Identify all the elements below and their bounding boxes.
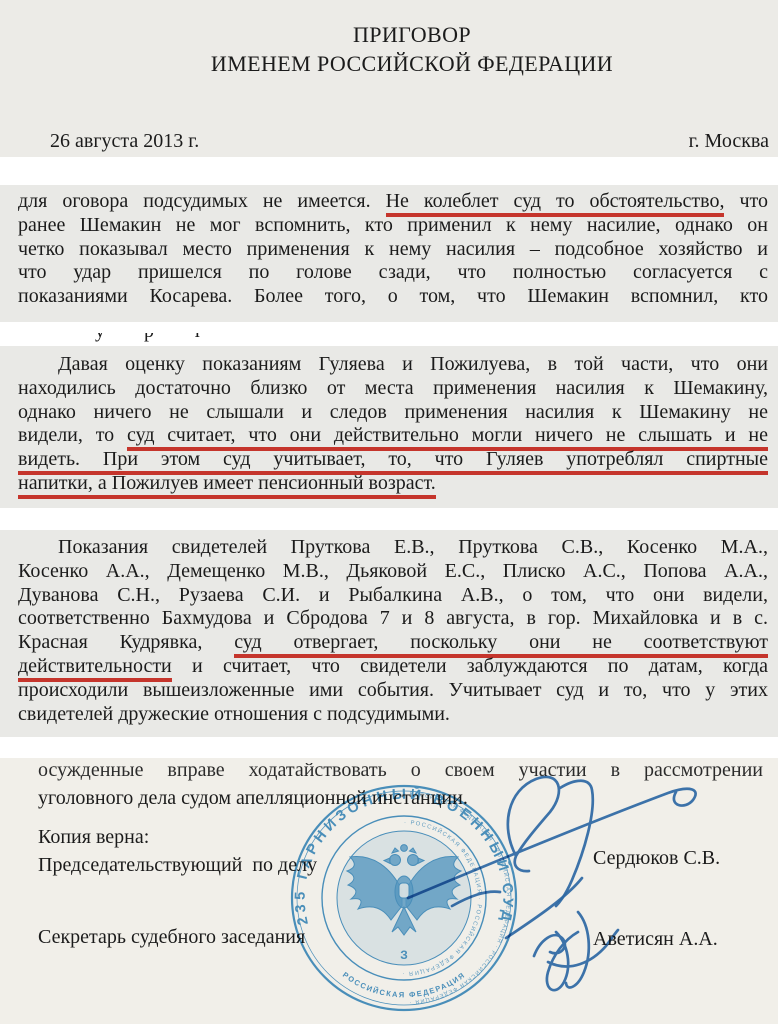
text-line: происходили вышеизложенные ими события. … bbox=[18, 679, 768, 703]
date-row: г. Москва 26 августа 2013 г. bbox=[50, 130, 769, 153]
court-seal: 235 ГАРНИЗОННЫЙ ВОЕННЫЙ СУД РОССИЙСКАЯ Ф… bbox=[286, 780, 522, 1016]
paragraph-strip-1: для оговора подсудимых не имеется. Не ко… bbox=[0, 185, 778, 322]
text-segment: Косенко А.А., Демещенко М.В., Дьяковой Е… bbox=[18, 560, 768, 582]
text-segment: свидетелей дружеские отношения с подсуди… bbox=[18, 703, 450, 725]
text-segment: и считает, что свидетели заблуждаются по… bbox=[172, 655, 768, 677]
text-segment: видели, то bbox=[18, 424, 127, 446]
chairman-label: Председательствующий по делу bbox=[38, 854, 317, 877]
title-line-1: ПРИГОВОР bbox=[46, 20, 778, 49]
date-label: 26 августа 2013 г. bbox=[50, 130, 199, 152]
text-segment: соответственно Бахмудова и Сбродова 7 и … bbox=[18, 607, 768, 629]
text-line: действительности и считает, что свидетел… bbox=[18, 655, 768, 679]
text-segment: Дуванова С.Н., Рузаева С.И. и Рыбалкина … bbox=[18, 584, 768, 606]
document-title: ПРИГОВОР ИМЕНЕМ РОССИЙСКОЙ ФЕДЕРАЦИИ bbox=[46, 20, 778, 78]
paragraph-strip-2: Давая оценку показаниям Гуляева и Пожилу… bbox=[0, 346, 778, 508]
text-line: Косенко А.А., Демещенко М.В., Дьяковой Е… bbox=[18, 560, 768, 584]
text-line: находились достаточно близко от места пр… bbox=[18, 377, 768, 401]
text-segment: Показания свидетелей Пруткова Е.В., Прут… bbox=[58, 536, 768, 558]
paragraph-strip-3: Показания свидетелей Пруткова Е.В., Прут… bbox=[0, 530, 778, 737]
text-line: для оговора подсудимых не имеется. Не ко… bbox=[18, 190, 768, 214]
secretary-label: Секретарь судебного заседания bbox=[38, 926, 305, 949]
red-underlined-text: напитки, а Пожилуев имеет пенсионный воз… bbox=[18, 472, 436, 499]
copy-correct-label: Копия верна: bbox=[38, 826, 149, 849]
text-line: однако ничего не слышали и следов примен… bbox=[18, 401, 768, 425]
seal-center-mark: З bbox=[400, 948, 408, 962]
text-segment: Красная Кудрявка, bbox=[18, 631, 234, 653]
text-line: Показания свидетелей Пруткова Е.В., Прут… bbox=[18, 536, 768, 560]
court-verdict-scan: { "header": { "title_line1": "ПРИГОВОР",… bbox=[0, 0, 778, 1024]
text-line: соответственно Бахмудова и Сбродова 7 и … bbox=[18, 607, 768, 631]
text-segment: ранее Шемакин не мог вспомнить, кто прим… bbox=[18, 214, 768, 236]
text-segment: однако ничего не слышали и следов примен… bbox=[18, 401, 768, 423]
text-line: Дуванова С.Н., Рузаева С.И. и Рыбалкина … bbox=[18, 584, 768, 608]
text-segment: находились достаточно близко от места пр… bbox=[18, 377, 768, 399]
text-segment: что удар пришелся по голове сзади, что п… bbox=[18, 261, 768, 283]
text-line: показаниями Косарева. Более того, о том,… bbox=[18, 285, 768, 309]
text-line: напитки, а Пожилуев имеет пенсионный воз… bbox=[18, 472, 768, 496]
text-segment: показаниями Косарева. Более того, о том,… bbox=[18, 285, 768, 307]
text-segment: четко показывал место применения к нему … bbox=[18, 238, 768, 260]
fragment-text: у р т bbox=[95, 333, 425, 341]
text-line: ранее Шемакин не мог вспомнить, кто прим… bbox=[18, 214, 768, 238]
text-line: Давая оценку показаниям Гуляева и Пожилу… bbox=[18, 353, 768, 377]
text-segment: происходили вышеизложенные ими события. … bbox=[18, 679, 768, 701]
cropped-text-fragment: у р т bbox=[95, 333, 425, 346]
text-line: Красная Кудрявка, суд отвергает, посколь… bbox=[18, 631, 768, 655]
chairman-name: Сердюков С.В. bbox=[593, 847, 720, 870]
city-label: г. Москва bbox=[689, 130, 769, 153]
text-line: видели, то суд считает, что они действит… bbox=[18, 424, 768, 448]
text-line: видеть. При этом суд учитывает, то, что … bbox=[18, 448, 768, 472]
text-line: свидетелей дружеские отношения с подсуди… bbox=[18, 703, 768, 727]
secretary-name: Аветисян А.А. bbox=[593, 928, 718, 951]
text-segment: для оговора подсудимых не имеется. bbox=[18, 190, 386, 212]
text-line: четко показывал место применения к нему … bbox=[18, 238, 768, 262]
title-line-2: ИМЕНЕМ РОССИЙСКОЙ ФЕДЕРАЦИИ bbox=[46, 49, 778, 78]
header-strip: ПРИГОВОР ИМЕНЕМ РОССИЙСКОЙ ФЕДЕРАЦИИ г. … bbox=[0, 0, 778, 157]
text-segment: что bbox=[724, 190, 768, 212]
text-line: что удар пришелся по голове сзади, что п… bbox=[18, 261, 768, 285]
text-segment: Давая оценку показаниям Гуляева и Пожилу… bbox=[58, 353, 768, 375]
